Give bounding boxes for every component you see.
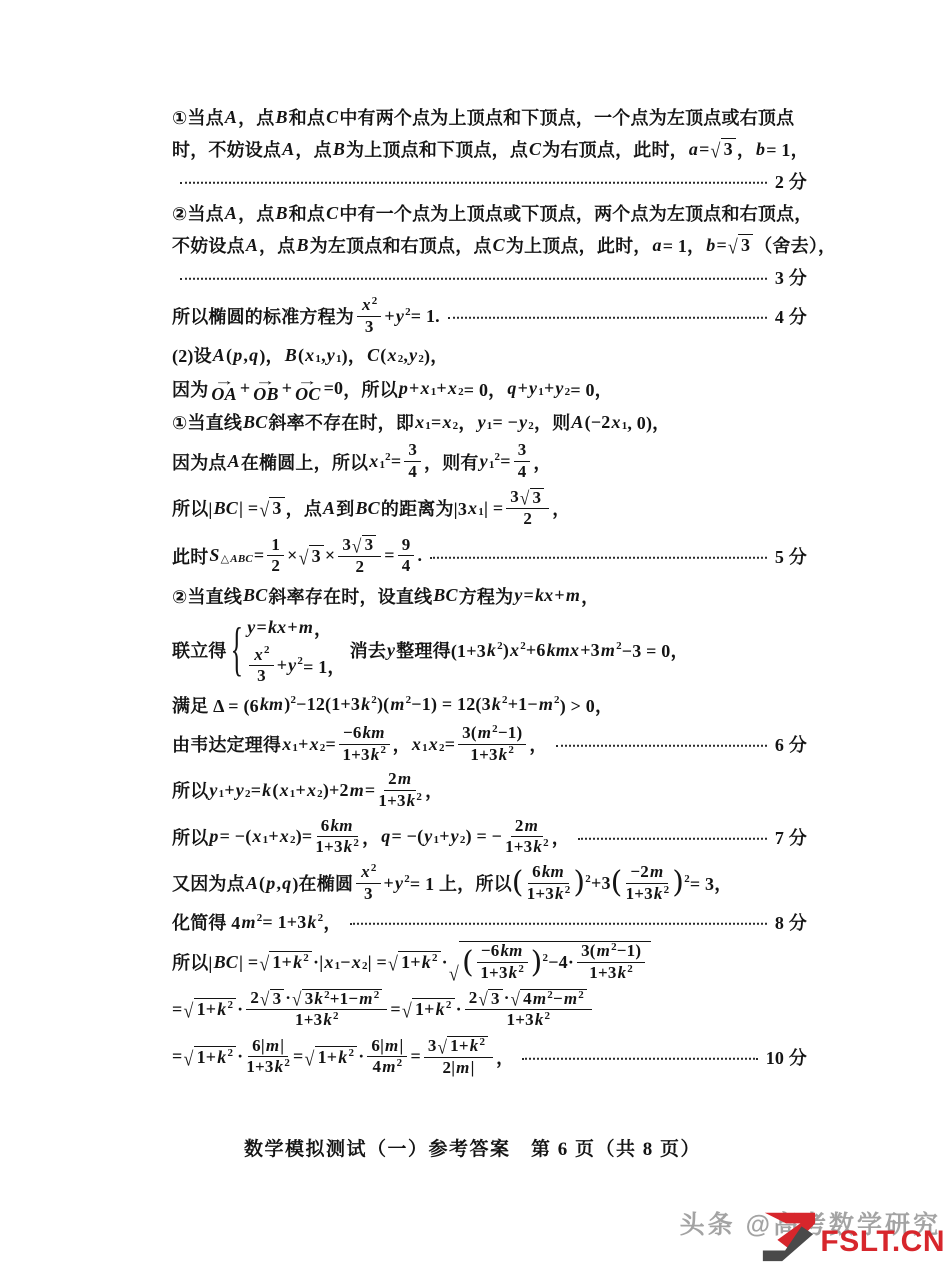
solution-line: 所以 p = −(x1+x2)=6km1+3k2，q = −(y1+y2) = …	[172, 817, 807, 857]
solution-line: 因为点 A 在椭圆上，所以 x12=34，则有 y12=34，	[172, 441, 807, 481]
solution-line: = √1+k2·2√3·√3k2+1−m21+3k2 = √1+k2·2√3·√…	[172, 989, 807, 1030]
dotted-leader	[522, 1048, 757, 1060]
math-content: 时，不妨设点 A，点 B 为上顶点和下顶点，点 C 为右顶点，此时，a = √3…	[172, 136, 809, 162]
score-label: 10 分	[766, 1044, 807, 1070]
math-content: = √1+k2·2√3·√3k2+1−m21+3k2 = √1+k2·2√3·√…	[172, 989, 595, 1030]
answer-content: ①当点 A，点 B 和点 C 中有两个点为上顶点和下顶点，一个点为左顶点或右顶点…	[172, 98, 807, 1084]
solution-line: 满足 Δ = (6km)2−12(1+3k2)(m2−1) = 12(3k2+1…	[172, 692, 807, 718]
watermark-site: FSLT.CN	[820, 1225, 945, 1259]
solution-line: ①当点 A，点 B 和点 C 中有两个点为上顶点和下顶点，一个点为左顶点或右顶点	[172, 104, 807, 130]
solution-line: 所以|BC| = √3，点 A 到 BC 的距离为|3x1| = 3√32，	[172, 488, 807, 529]
dotted-leader	[448, 307, 767, 319]
score-label: 4 分	[775, 303, 807, 329]
dotted-leader	[430, 547, 767, 559]
math-content: 满足 Δ = (6km)2−12(1+3k2)(m2−1) = 12(3k2+1…	[172, 692, 613, 718]
solution-line: 此时 S△ABC=12×√3×3√32=94.5 分	[172, 535, 807, 576]
z-logo-icon	[759, 1207, 817, 1265]
solution-line: 时，不妨设点 A，点 B 为上顶点和下顶点，点 C 为右顶点，此时，a = √3…	[172, 136, 807, 162]
math-content: ②当直线 BC 斜率存在时，设直线 BC 方程为 y = kx+m，	[172, 583, 599, 609]
math-content: ②当点 A，点 B 和点 C 中有一个点为上顶点或下顶点，两个点为左顶点和右顶点…	[172, 200, 813, 226]
score-label: 6 分	[775, 731, 807, 757]
math-content: 所以 p = −(x1+x2)=6km1+3k2，q = −(y1+y2) = …	[172, 817, 570, 857]
math-content: 所以|BC| = √1+k2·|x1−x2| = √1+k2·√(−6km1+3…	[172, 941, 652, 982]
exam-answer-page: ①当点 A，点 B 和点 C 中有两个点为上顶点和下顶点，一个点为左顶点或右顶点…	[0, 0, 945, 1271]
answer-lines: ①当点 A，点 B 和点 C 中有两个点为上顶点和下顶点，一个点为左顶点或右顶点…	[172, 104, 807, 1078]
math-content: 此时 S△ABC=12×√3×3√32=94.	[172, 535, 422, 576]
math-content: 不妨设点 A，点 B 为左顶点和右顶点，点 C 为上顶点，此时，a = 1，b …	[172, 232, 836, 258]
math-content: = √1+k2·6|m|1+3k2 = √1+k2·6|m|4m2=3√1+k2…	[172, 1036, 514, 1077]
solution-line: = √1+k2·6|m|1+3k2 = √1+k2·6|m|4m2=3√1+k2…	[172, 1036, 807, 1077]
math-content: 由韦达定理得 x1+x2=−6km1+3k2，x1x2=3(m2−1)1+3k2…	[172, 724, 548, 764]
math-content: ①当点 A，点 B 和点 C 中有两个点为上顶点和下顶点，一个点为左顶点或右顶点	[172, 104, 794, 130]
solution-line: 所以 y1+y2 = k(x1+x2)+2m=2m1+3k2，	[172, 770, 807, 810]
score-label: 3 分	[775, 264, 807, 290]
solution-line: ②当直线 BC 斜率存在时，设直线 BC 方程为 y = kx+m，	[172, 583, 807, 609]
score-label: 7 分	[775, 824, 807, 850]
dotted-leader	[180, 172, 767, 184]
solution-line: 因为→OA+→OB+→OC=0，所以 p+x1+x2 = 0，q+y1+y2 =…	[172, 374, 807, 403]
solution-line: 3 分	[172, 264, 807, 290]
solution-line: 化简得 4m2 = 1+3k2，8 分	[172, 909, 807, 935]
math-content: 联立得{y = kx+m，x23+y2 = 1，消去 y 整理得(1+3k2)x…	[172, 615, 689, 686]
score-label: 2 分	[775, 168, 807, 194]
dotted-leader	[350, 913, 767, 925]
solution-line: (2)设 A(p, q)，B(x1, y1)，C(x2, y2)，	[172, 342, 807, 368]
dotted-leader	[556, 735, 767, 747]
watermark: 头条 @高考数学研究 FSLT.CN	[525, 1195, 945, 1267]
dotted-leader	[578, 828, 767, 840]
math-content: 因为→OA+→OB+→OC=0，所以 p+x1+x2 = 0，q+y1+y2 =…	[172, 374, 613, 403]
math-content: 所以椭圆的标准方程为x23+y2 = 1.	[172, 296, 440, 336]
solution-line: ②当点 A，点 B 和点 C 中有一个点为上顶点或下顶点，两个点为左顶点和右顶点…	[172, 200, 807, 226]
math-content: 又因为点 A(p, q)在椭圆x23+y2 = 1 上，所以(6km1+3k2)…	[172, 863, 732, 903]
math-content: 化简得 4m2 = 1+3k2，	[172, 909, 342, 935]
solution-line: 由韦达定理得 x1+x2=−6km1+3k2，x1x2=3(m2−1)1+3k2…	[172, 724, 807, 764]
math-content: (2)设 A(p, q)，B(x1, y1)，C(x2, y2)，	[172, 342, 448, 368]
page-footer: 数学模拟测试（一）参考答案 第 6 页（共 8 页）	[0, 1134, 945, 1161]
math-content: ①当直线 BC 斜率不存在时，即 x1 = x2，y1 = −y2，则 A(−2…	[172, 409, 670, 435]
score-label: 8 分	[775, 909, 807, 935]
solution-line: ①当直线 BC 斜率不存在时，即 x1 = x2，y1 = −y2，则 A(−2…	[172, 409, 807, 435]
math-content: 所以|BC| = √3，点 A 到 BC 的距离为|3x1| = 3√32，	[172, 488, 570, 529]
solution-line: 所以|BC| = √1+k2·|x1−x2| = √1+k2·√(−6km1+3…	[172, 941, 807, 982]
solution-line: 又因为点 A(p, q)在椭圆x23+y2 = 1 上，所以(6km1+3k2)…	[172, 863, 807, 903]
math-content: 因为点 A 在椭圆上，所以 x12=34，则有 y12=34，	[172, 441, 552, 481]
solution-line: 所以椭圆的标准方程为x23+y2 = 1.4 分	[172, 296, 807, 336]
solution-line: 2 分	[172, 168, 807, 194]
score-label: 5 分	[775, 543, 807, 569]
dotted-leader	[180, 268, 767, 280]
solution-line: 联立得{y = kx+m，x23+y2 = 1，消去 y 整理得(1+3k2)x…	[172, 615, 807, 686]
math-content: 所以 y1+y2 = k(x1+x2)+2m=2m1+3k2，	[172, 770, 443, 810]
solution-line: 不妨设点 A，点 B 为左顶点和右顶点，点 C 为上顶点，此时，a = 1，b …	[172, 232, 807, 258]
